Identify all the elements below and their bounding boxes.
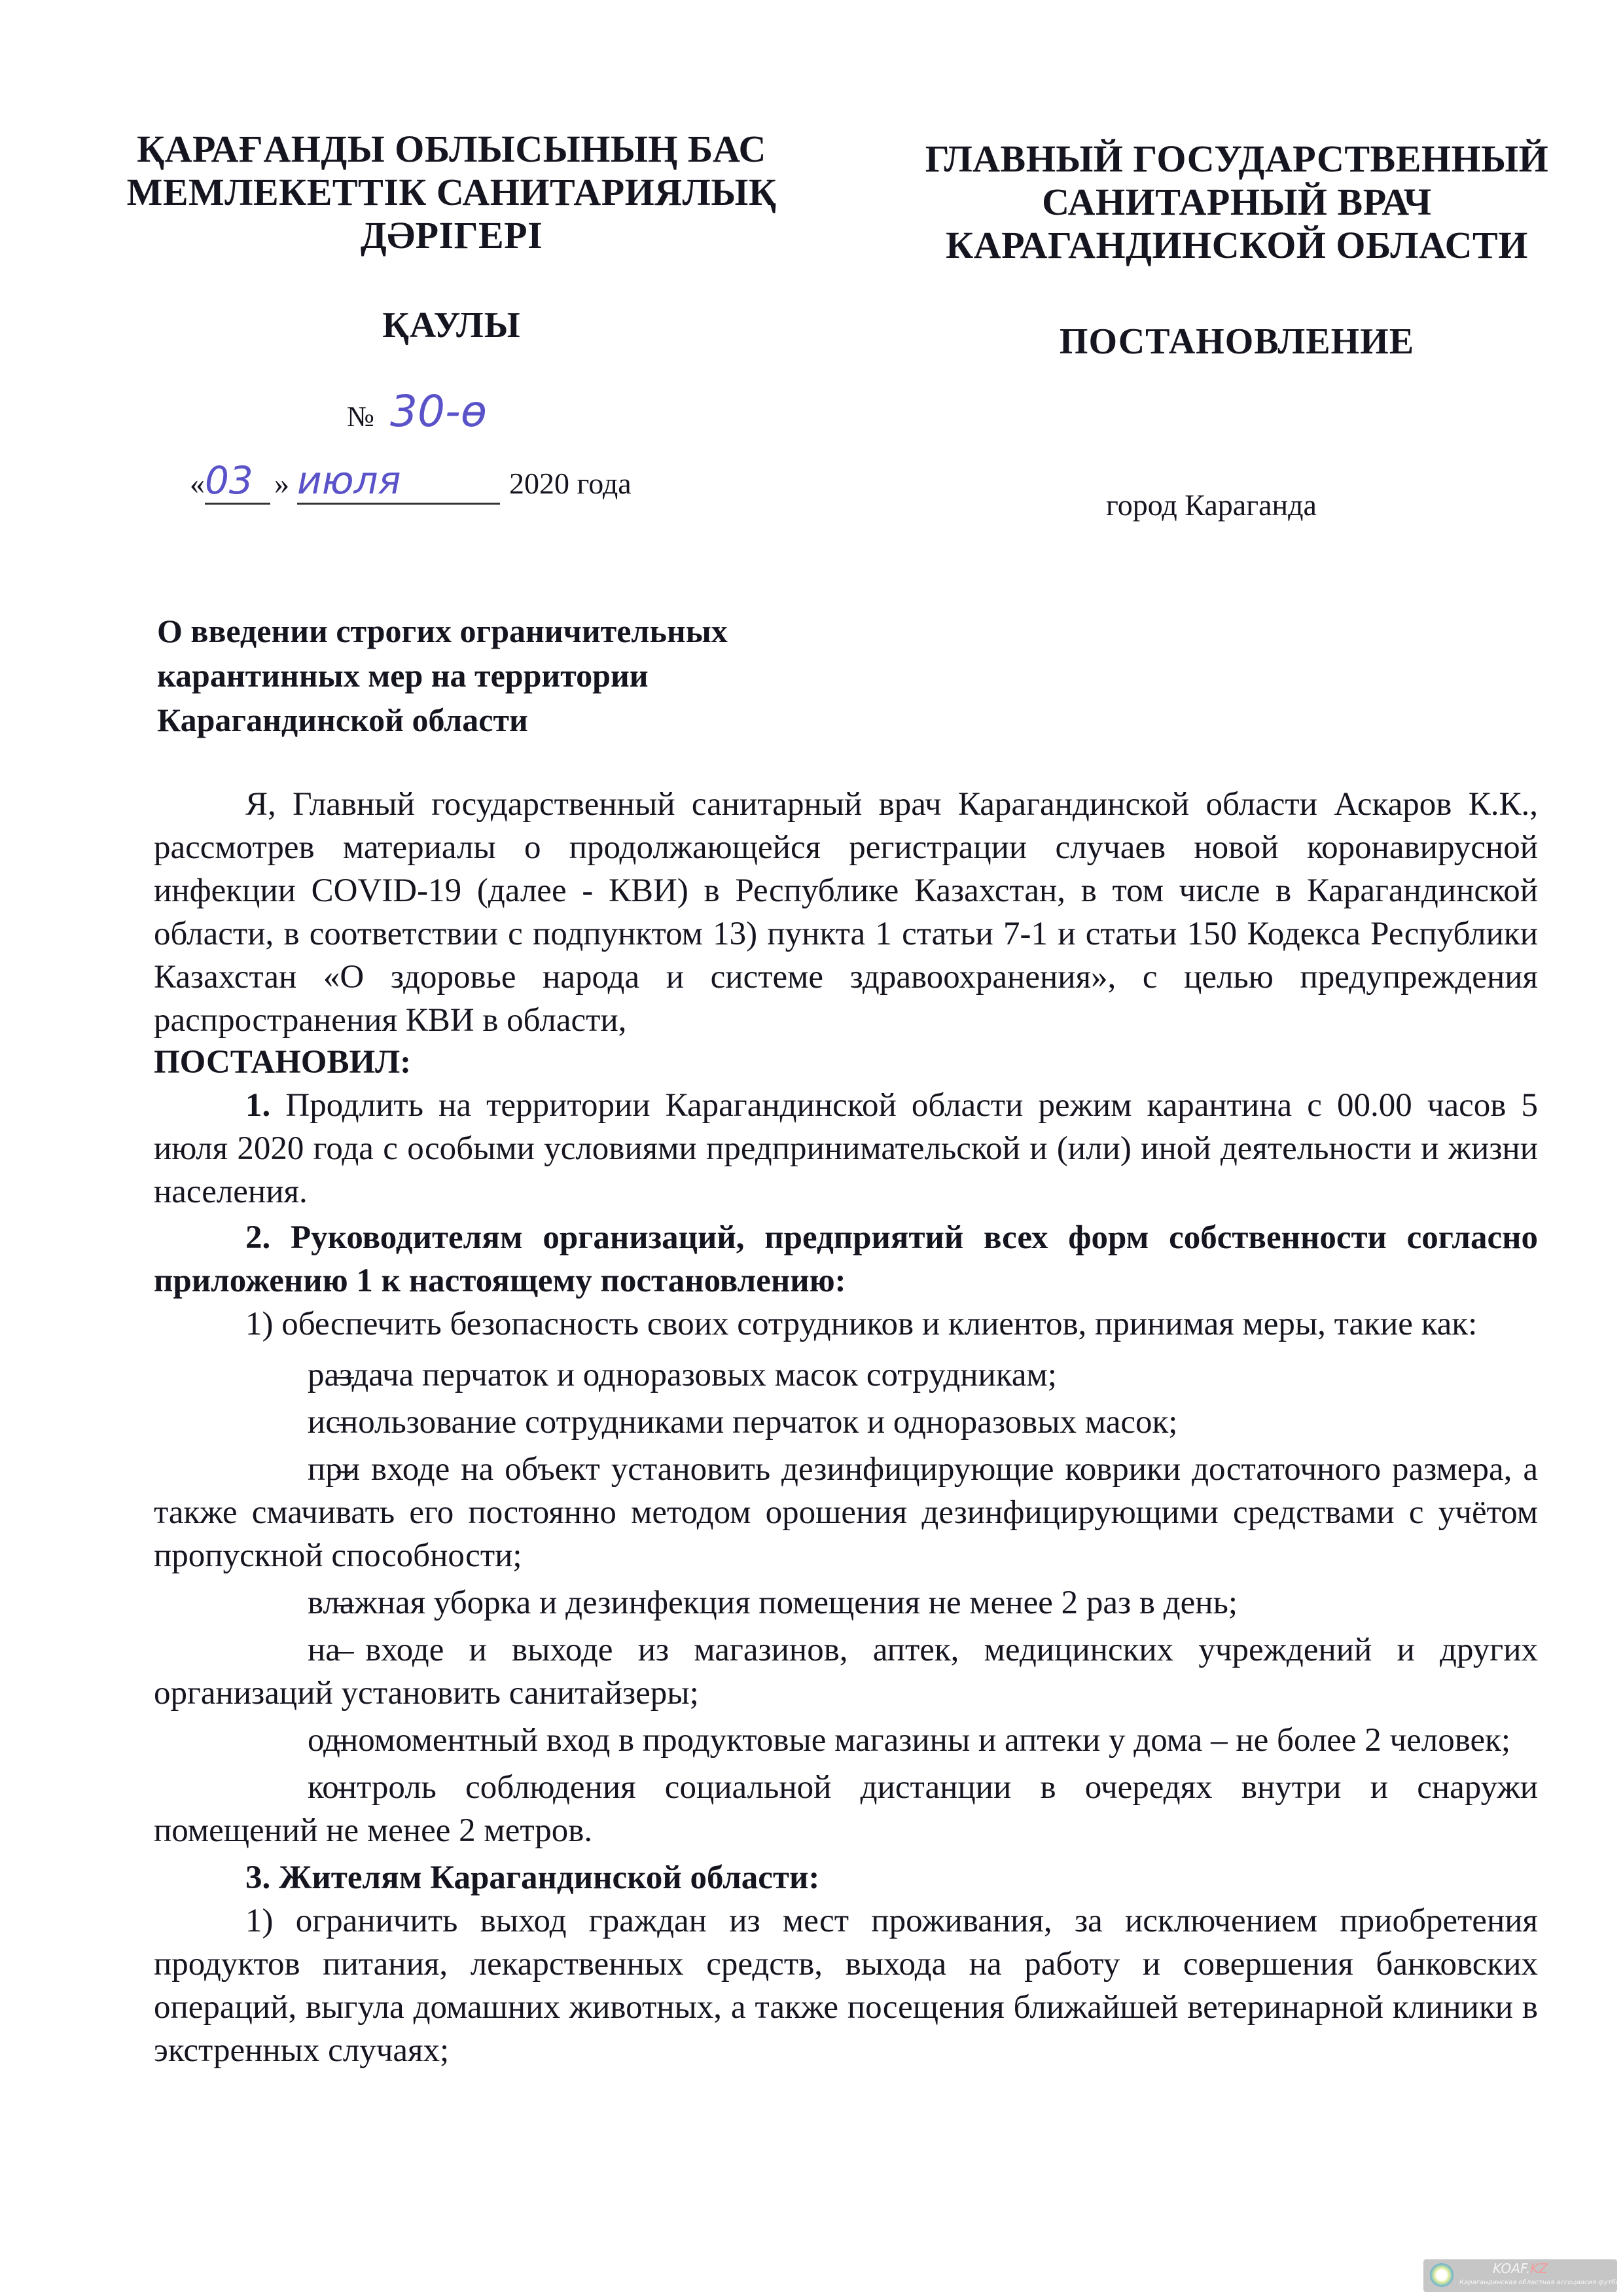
item-2: 1. 2. Руководителям организаций, предпри… [154,1216,1538,1302]
header-ru-line-1: ГЛАВНЫЙ ГОСУДАРСТВЕННЫЙ [877,137,1597,181]
date-year: 2020 года [509,467,632,500]
item-1-text: Продлить на территории Карагандинской об… [154,1087,1538,1210]
measure-item: –использование сотрудниками перчаток и о… [154,1401,1538,1444]
document-date: «03» июля 2020 года [190,458,632,505]
date-close-quote: » [274,467,289,500]
item-2-heading: Руководителям организаций, предприятий в… [154,1219,1538,1299]
handwritten-month: июля [297,458,500,505]
item-1: 1. Продлить на территории Карагандинской… [154,1084,1538,1213]
measure-text: одномоментный вход в продуктовые магазин… [308,1722,1510,1759]
measures-list: –раздача перчаток и одноразовых масок со… [154,1354,1538,1852]
title-line-3: Карагандинской области [157,698,728,742]
handwritten-day: 03 [205,458,270,505]
measure-text: раздача перчаток и одноразовых масок сот… [308,1357,1057,1393]
title-line-2: карантинных мер на территории [157,653,728,698]
measure-item: –контроль соблюдения социальной дистанци… [154,1766,1538,1852]
item-3-number: 3. [245,1859,270,1896]
measure-item: –влажная уборка и дезинфекция помещения … [154,1581,1538,1624]
header-ru-line-2: САНИТАРНЫЙ ВРАЧ [877,181,1597,224]
measure-item: –раздача перчаток и одноразовых масок со… [154,1354,1538,1397]
header-kz-line-1: ҚАРАҒАНДЫ ОБЛЫСЫНЫҢ БАС [98,128,805,171]
header-ru: ГЛАВНЫЙ ГОСУДАРСТВЕННЫЙ САНИТАРНЫЙ ВРАЧ … [877,137,1597,267]
measure-text: использование сотрудниками перчаток и од… [308,1404,1177,1441]
dash-bullet-icon: – [245,1628,308,1672]
number-prefix: № [347,401,374,433]
header-ru-line-3: КАРАГАНДИНСКОЙ ОБЛАСТИ [877,224,1597,267]
item-3-sub-1-number: 1) [245,1903,273,1939]
dash-bullet-icon: – [245,1766,308,1809]
watermark-badge: KOAF.KZ Карагандинская областная ассоциа… [1423,2259,1617,2292]
measure-text: контроль соблюдения социальной дистанции… [154,1769,1538,1849]
watermark-title: KOAF.KZ [1423,2261,1617,2276]
title-line-1: О введении строгих ограничительных [157,609,728,653]
measure-item: –одномоментный вход в продуктовые магази… [154,1719,1538,1762]
item-2-sub-1-text: обеспечить безопасность своих сотруднико… [281,1306,1477,1342]
measure-item: –на входе и выходе из магазинов, аптек, … [154,1628,1538,1715]
date-open-quote: « [190,467,205,500]
resolved-heading: ПОСТАНОВИЛ: [154,1041,1538,1084]
dash-bullet-icon: – [245,1354,308,1397]
dash-bullet-icon: – [245,1448,308,1491]
header-kz-line-2: МЕМЛЕКЕТТІК САНИТАРИЯЛЫҚ [98,171,805,214]
item-2-number-visible: 2. [245,1219,270,1256]
item-3-sub-1: 1) ограничить выход граждан из мест прож… [154,1899,1538,2072]
watermark-subtitle: Карагандинская областная ассоциасия футб… [1459,2279,1623,2286]
item-3: 3. Жителям Карагандинской области: [154,1856,1538,1899]
document-title: О введении строгих ограничительных каран… [157,609,728,742]
dash-bullet-icon: – [245,1719,308,1762]
measure-item: –при входе на объект установить дезинфиц… [154,1448,1538,1577]
document-number: № 30-ө [347,386,487,437]
measure-text: на входе и выходе из магазинов, аптек, м… [154,1632,1538,1712]
document-body: Я, Главный государственный санитарный вр… [154,783,1538,2072]
header-kz: ҚАРАҒАНДЫ ОБЛЫСЫНЫҢ БАС МЕМЛЕКЕТТІК САНИ… [98,128,805,257]
dash-bullet-icon: – [245,1581,308,1624]
header-kz-line-3: ДӘРІГЕРІ [98,214,805,257]
watermark-title-main: KOAF. [1493,2261,1530,2276]
city: город Караганда [1106,488,1317,522]
dash-bullet-icon: – [245,1401,308,1444]
watermark-title-accent: KZ [1530,2261,1548,2276]
doc-type-ru: ПОСТАНОВЛЕНИЕ [877,321,1597,363]
item-1-number: 1. [245,1087,270,1124]
preamble: Я, Главный государственный санитарный вр… [154,783,1538,1042]
item-2-sub-1-number: 1) [245,1306,273,1342]
doc-type-kz: ҚАУЛЫ [98,304,805,346]
item-2-sub-1: 1) обеспечить безопасность своих сотрудн… [154,1302,1538,1346]
handwritten-number: 30-ө [390,386,487,437]
item-3-sub-1-text: ограничить выход граждан из мест прожива… [154,1903,1538,2069]
item-3-heading: Жителям Карагандинской области: [279,1859,819,1896]
measure-text: при входе на объект установить дезинфици… [154,1451,1538,1574]
measure-text: влажная уборка и дезинфекция помещения н… [308,1585,1238,1621]
